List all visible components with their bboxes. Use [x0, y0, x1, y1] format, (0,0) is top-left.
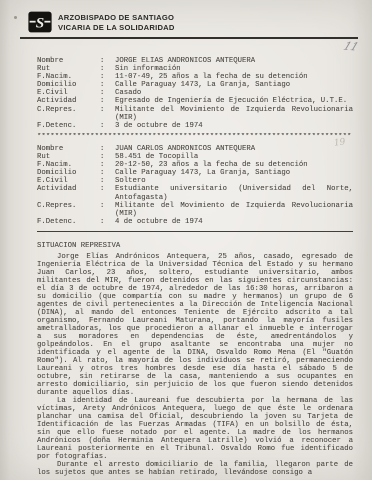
section-title: SITUACION REPRESIVA — [37, 242, 353, 250]
document-page: S ARZOBISPADO DE SANTIAGO VICARIA DE LA … — [0, 0, 372, 480]
field-value: Egresado de Ingeniería de Ejecución Eléc… — [115, 97, 353, 105]
colon: : — [100, 145, 115, 153]
section-divider-rule — [37, 231, 353, 233]
field-label: Nombre — [37, 57, 100, 65]
svg-text:S: S — [36, 15, 44, 32]
field-row-rut: Rut:58.451 de Tocopilla — [37, 153, 353, 161]
org-name-line2: VICARIA DE LA SOLIDARIDAD — [58, 23, 175, 33]
field-label: Nombre — [37, 145, 100, 153]
field-label: C.Repres. — [37, 202, 100, 218]
field-value: Militante del Movimiento de Izquierda Re… — [115, 106, 353, 122]
field-label: Rut — [37, 65, 100, 73]
colon: : — [100, 81, 115, 89]
paper-speck — [14, 16, 17, 19]
narrative-text: Jorge Elías Andrónicos Antequera, 25 año… — [37, 253, 353, 477]
letterhead: ARZOBISPADO DE SANTIAGO VICARIA DE LA SO… — [58, 13, 175, 32]
colon: : — [100, 89, 115, 97]
org-name-line1: ARZOBISPADO DE SANTIAGO — [58, 13, 175, 23]
detainee-record-1: Nombre:JORGE ELIAS ANDRONICOS ANTEQUERA … — [37, 57, 353, 130]
field-label: F.Detenc. — [37, 122, 100, 130]
field-row-nombre: Nombre:JUAN CARLOS ANDRONICOS ANTEQUERA — [37, 145, 353, 153]
handwritten-page-number: 11 — [342, 40, 361, 54]
paragraph-1: Jorge Elías Andrónicos Antequera, 25 año… — [37, 253, 353, 397]
field-value: JORGE ELIAS ANDRONICOS ANTEQUERA — [115, 57, 353, 65]
colon: : — [100, 161, 115, 169]
field-row-rut: Rut:Sin información — [37, 65, 353, 73]
field-row-domicilio: Domicilio:Calle Paraguay 1473, La Granja… — [37, 169, 353, 177]
typed-content: Nombre:JORGE ELIAS ANDRONICOS ANTEQUERA … — [37, 57, 353, 477]
field-value: 4 de octubre de 1974 — [115, 218, 353, 226]
field-row-fnacim: F.Nacim.:20-12-50, 23 años a la fecha de… — [37, 161, 353, 169]
colon: : — [100, 177, 115, 185]
colon: : — [100, 106, 115, 122]
field-value: Estudiante universitario (Universidad de… — [115, 185, 353, 201]
field-value: 3 de octubre de 1974 — [115, 122, 353, 130]
field-value: Calle Paraguay 1473, La Granja, Santiago — [115, 169, 353, 177]
field-label: C.Repres. — [37, 106, 100, 122]
colon: : — [100, 73, 115, 81]
header-rule — [20, 37, 358, 39]
field-row-fdetenc: F.Detenc.:3 de octubre de 1974 — [37, 122, 353, 130]
vicaria-solidaridad-logo: S — [28, 11, 52, 33]
asterisk-separator: ****************************************… — [37, 133, 353, 141]
field-label: Actividad — [37, 185, 100, 201]
field-row-nombre: Nombre:JORGE ELIAS ANDRONICOS ANTEQUERA — [37, 57, 353, 65]
field-row-actividad: Actividad:Egresado de Ingeniería de Ejec… — [37, 97, 353, 105]
colon: : — [100, 65, 115, 73]
field-row-actividad: Actividad:Estudiante universitario (Univ… — [37, 185, 353, 201]
field-value: Sin información — [115, 65, 353, 73]
field-label: F.Nacim. — [37, 161, 100, 169]
field-value: Calle Paraguay 1473, La Granja, Santiago — [115, 81, 353, 89]
field-value: 58.451 de Tocopilla — [115, 153, 353, 161]
colon: : — [100, 185, 115, 201]
colon: : — [100, 97, 115, 105]
detainee-record-2: Nombre:JUAN CARLOS ANDRONICOS ANTEQUERA … — [37, 145, 353, 226]
field-row-domicilio: Domicilio:Calle Paraguay 1473, La Granja… — [37, 81, 353, 89]
field-label: Rut — [37, 153, 100, 161]
field-label: Actividad — [37, 97, 100, 105]
colon: : — [100, 153, 115, 161]
field-row-fdetenc: F.Detenc.:4 de octubre de 1974 — [37, 218, 353, 226]
field-value: JUAN CARLOS ANDRONICOS ANTEQUERA — [115, 145, 353, 153]
colon: : — [100, 57, 115, 65]
field-row-crepres: C.Repres.:Militante del Movimiento de Iz… — [37, 202, 353, 218]
colon: : — [100, 218, 115, 226]
field-label: F.Detenc. — [37, 218, 100, 226]
colon: : — [100, 122, 115, 130]
colon: : — [100, 202, 115, 218]
field-row-crepres: C.Repres.:Militante del Movimiento de Iz… — [37, 106, 353, 122]
field-value: Militante del Movimiento de Izquierda Re… — [115, 202, 353, 218]
paragraph-2: La identidad de Laureani fue descubierta… — [37, 397, 353, 461]
paragraph-3: Durante el arresto domiciliario de la fa… — [37, 461, 353, 477]
colon: : — [100, 169, 115, 177]
field-value: 20-12-50, 23 años a la fecha de su deten… — [115, 161, 353, 169]
